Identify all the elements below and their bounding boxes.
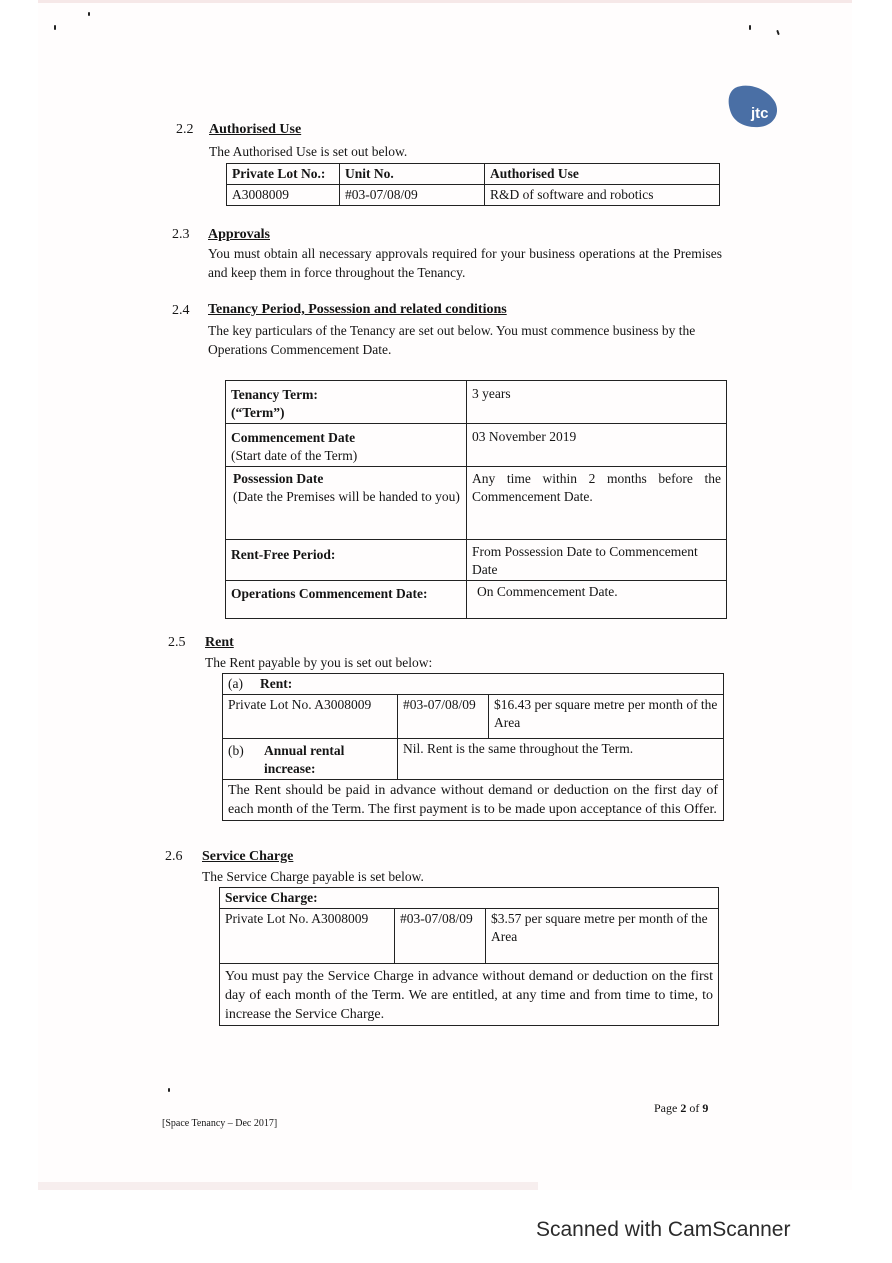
- item-marker: (a): [228, 675, 260, 693]
- scan-speck: [168, 1088, 170, 1092]
- row-label: Tenancy Term:: [231, 386, 461, 404]
- page-number: Page 2 of 9: [654, 1101, 708, 1116]
- table-row: The Rent should be paid in advance witho…: [223, 780, 724, 821]
- table-row: Possession Date (Date the Premises will …: [226, 467, 727, 540]
- table-row: (a)Rent:: [223, 674, 724, 695]
- table-label-cell: Tenancy Term: (“Term”): [226, 381, 467, 424]
- table-row: Tenancy Term: (“Term”) 3 years: [226, 381, 727, 424]
- section-number: 2.2: [176, 122, 194, 138]
- section-number: 2.3: [172, 227, 190, 243]
- table-header: Unit No.: [340, 164, 485, 185]
- section-intro: The Service Charge payable is set below.: [202, 867, 424, 886]
- unit-cell: #03-07/08/09: [398, 695, 489, 739]
- row-label: Rent:: [260, 676, 292, 691]
- scan-speck: [749, 25, 751, 30]
- section-title: Rent: [205, 635, 234, 651]
- table-row: Commencement Date (Start date of the Ter…: [226, 424, 727, 467]
- table-value-cell: Any time within 2 months before the Comm…: [467, 467, 727, 540]
- table-row: Operations Commencement Date: On Commenc…: [226, 581, 727, 619]
- rate-cell: $16.43 per square metre per month of the…: [489, 695, 724, 739]
- authorised-use-table: Private Lot No.: Unit No. Authorised Use…: [226, 163, 720, 206]
- rent-note-cell: The Rent should be paid in advance witho…: [223, 780, 724, 821]
- table-cell: A3008009: [227, 185, 340, 206]
- svg-text:jtc: jtc: [750, 105, 769, 122]
- table-cell: R&D of software and robotics: [485, 185, 720, 206]
- table-label-cell: (b) Annual rental increase:: [223, 739, 398, 780]
- table-row: Private Lot No. A3008009 #03-07/08/09 $1…: [223, 695, 724, 739]
- row-label: Commencement Date: [231, 429, 461, 447]
- table-row: A3008009 #03-07/08/09 R&D of software an…: [227, 185, 720, 206]
- service-charge-note-cell: You must pay the Service Charge in advan…: [220, 964, 719, 1026]
- section-title: Tenancy Period, Possession and related c…: [208, 302, 507, 318]
- rent-header-cell: (a)Rent:: [223, 674, 724, 695]
- row-sublabel: (Date the Premises will be handed to you…: [233, 488, 461, 506]
- table-value-cell: Nil. Rent is the same throughout the Ter…: [398, 739, 724, 780]
- table-label-cell: Possession Date (Date the Premises will …: [226, 467, 467, 540]
- unit-cell: #03-07/08/09: [395, 909, 486, 964]
- table-value-cell: 03 November 2019: [467, 424, 727, 467]
- table-cell: #03-07/08/09: [340, 185, 485, 206]
- section-text: You must obtain all necessary approvals …: [208, 244, 722, 282]
- section-number: 2.4: [172, 303, 190, 319]
- lot-cell: Private Lot No. A3008009: [220, 909, 395, 964]
- table-value-cell: On Commencement Date.: [467, 581, 727, 619]
- camscanner-watermark: Scanned with CamScanner: [536, 1218, 790, 1242]
- row-sublabel: (Start date of the Term): [231, 447, 461, 465]
- page-of: of: [686, 1101, 702, 1115]
- section-intro: The Rent payable by you is set out below…: [205, 653, 432, 672]
- section-number: 2.5: [168, 635, 186, 651]
- page-prefix: Page: [654, 1101, 680, 1115]
- table-row: Rent-Free Period: From Possession Date t…: [226, 540, 727, 581]
- lot-cell: Private Lot No. A3008009: [223, 695, 398, 739]
- table-row: (b) Annual rental increase: Nil. Rent is…: [223, 739, 724, 780]
- tenancy-particulars-table: Tenancy Term: (“Term”) 3 years Commencem…: [225, 380, 727, 619]
- section-title: Service Charge: [202, 849, 293, 865]
- section-intro: The Authorised Use is set out below.: [209, 142, 407, 161]
- section-text: The key particulars of the Tenancy are s…: [208, 321, 722, 359]
- service-charge-table: Service Charge: Private Lot No. A3008009…: [219, 887, 719, 1026]
- section-title: Approvals: [208, 227, 270, 243]
- scan-speck: [54, 25, 56, 30]
- document-reference: [Space Tenancy – Dec 2017]: [162, 1118, 277, 1129]
- scan-speck: [88, 12, 90, 16]
- row-label: Possession Date: [233, 470, 461, 488]
- table-row: Private Lot No. A3008009 #03-07/08/09 $3…: [220, 909, 719, 964]
- table-label-cell: Rent-Free Period:: [226, 540, 467, 581]
- item-marker: (b): [228, 742, 264, 778]
- rate-cell: $3.57 per square metre per month of the …: [486, 909, 719, 964]
- page-total: 9: [702, 1101, 708, 1115]
- table-value-cell: From Possession Date to Commencement Dat…: [467, 540, 727, 581]
- table-value-cell: 3 years: [467, 381, 727, 424]
- rent-table: (a)Rent: Private Lot No. A3008009 #03-07…: [222, 673, 724, 821]
- table-row: Service Charge:: [220, 888, 719, 909]
- table-header: Private Lot No.:: [227, 164, 340, 185]
- table-label-cell: Operations Commencement Date:: [226, 581, 467, 619]
- row-sublabel: (“Term”): [231, 404, 461, 422]
- service-charge-header-cell: Service Charge:: [220, 888, 719, 909]
- table-header: Authorised Use: [485, 164, 720, 185]
- table-label-cell: Commencement Date (Start date of the Ter…: [226, 424, 467, 467]
- section-number: 2.6: [165, 849, 183, 865]
- table-row: You must pay the Service Charge in advan…: [220, 964, 719, 1026]
- row-label: Annual rental increase:: [264, 742, 360, 778]
- table-header-row: Private Lot No.: Unit No. Authorised Use: [227, 164, 720, 185]
- section-title: Authorised Use: [209, 122, 301, 138]
- page-edge-shadow: [38, 1182, 538, 1190]
- jtc-logo-icon: jtc: [727, 84, 779, 128]
